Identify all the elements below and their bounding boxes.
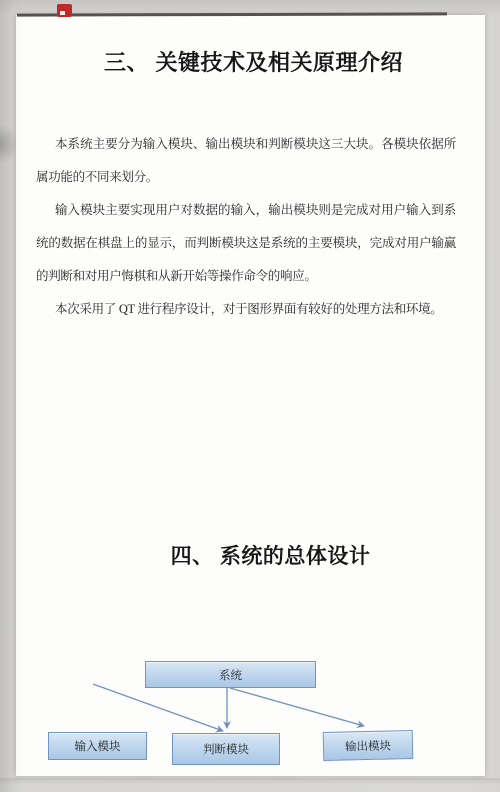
body-paragraphs: 本系统主要分为输入模块、输出模块和判断模块这三大块。各模块依据所属功能的不同来划… — [36, 128, 456, 326]
connector-root-to-output — [230, 688, 364, 726]
paragraph-1: 本系统主要分为输入模块、输出模块和判断模块这三大块。各模块依据所属功能的不同来划… — [36, 128, 456, 194]
connector-arrows — [16, 655, 485, 775]
diagram-node-input: 输入模块 — [48, 732, 147, 760]
section4-title: 四、 系统的总体设计 — [36, 540, 500, 574]
red-badge-glyph — [60, 11, 65, 15]
red-badge-icon — [57, 4, 72, 17]
photo-bottom-shade — [0, 778, 500, 785]
diagram-node-output: 输出模块 — [323, 730, 414, 761]
diagram-node-system: 系统 — [145, 661, 316, 688]
document-page: 三、 关键技术及相关原理介绍 本系统主要分为输入模块、输出模块和判断模块这三大块… — [16, 15, 485, 776]
photo-background: 三、 关键技术及相关原理介绍 本系统主要分为输入模块、输出模块和判断模块这三大块… — [0, 0, 500, 792]
paragraph-2: 输入模块主要实现用户对数据的输入，输出模块则是完成对用户输入到系统的数据在棋盘上… — [36, 194, 456, 293]
section3-title: 三、 关键技术及相关原理介绍 — [19, 46, 488, 80]
diagram-node-judge: 判断模块 — [172, 733, 280, 765]
connector-left-to-judge — [93, 684, 223, 731]
paragraph-3: 本次采用了 QT 进行程序设计，对于图形界面有较好的处理方法和环境。 — [36, 293, 456, 326]
